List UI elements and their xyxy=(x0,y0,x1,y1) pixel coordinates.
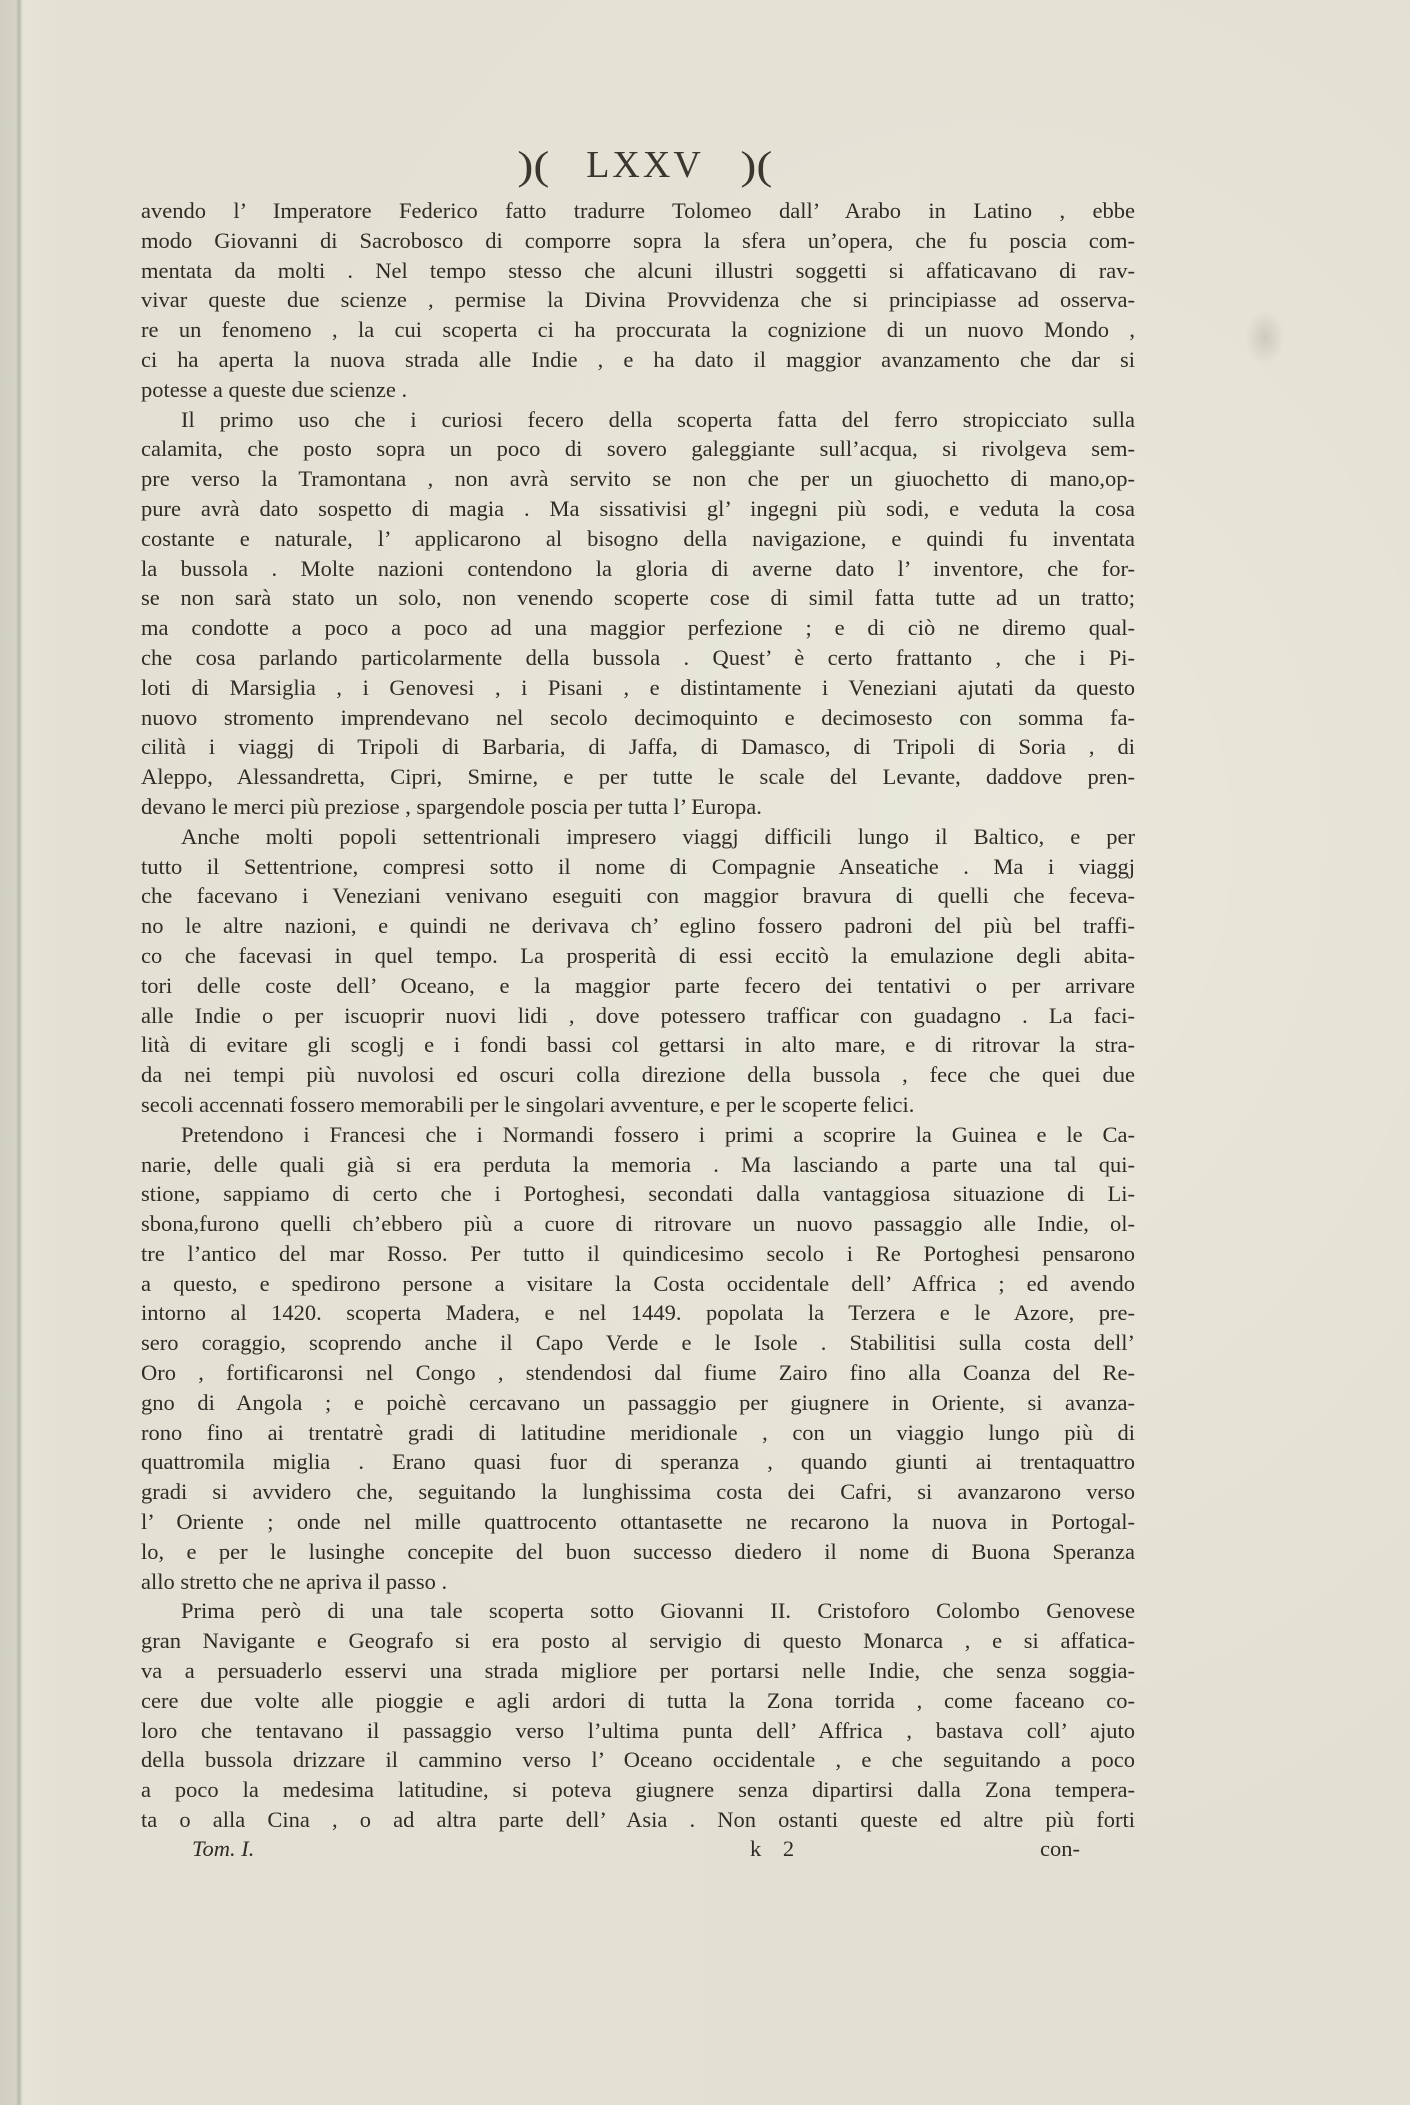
text-line: nuovo stromento imprendevano nel secolo … xyxy=(141,703,1135,733)
text-line: cere due volte alle pioggie e agli ardor… xyxy=(141,1686,1135,1716)
book-page: )( LXXV )( avendo l’ Imperatore Federico… xyxy=(0,0,1410,2105)
text-line: sbona,furono quelli ch’ebbero più a cuor… xyxy=(141,1209,1135,1239)
text-line: narie, delle quali già si era perduta la… xyxy=(141,1150,1135,1180)
text-line: che cosa parlando particolarmente della … xyxy=(141,643,1135,673)
text-line: secoli accennati fossero memorabili per … xyxy=(141,1090,1135,1120)
text-line: loti di Marsiglia , i Genovesi , i Pisan… xyxy=(141,673,1135,703)
text-line: devano le merci più preziose , spargendo… xyxy=(141,792,1135,822)
text-line: l’ Oriente ; onde nel mille quattrocento… xyxy=(141,1507,1135,1537)
text-line: loro che tentavano il passaggio verso l’… xyxy=(141,1716,1135,1746)
text-line: Prima però di una tale scoperta sotto Gi… xyxy=(141,1596,1135,1626)
signature-mark: k 2 xyxy=(750,1836,802,1862)
text-line: a questo, e spedirono persone a visitare… xyxy=(141,1269,1135,1299)
paper-stain xyxy=(1245,310,1285,365)
text-line: intorno al 1420. scoperta Madera, e nel … xyxy=(141,1298,1135,1328)
text-line: modo Giovanni di Sacrobosco di comporre … xyxy=(141,226,1135,256)
text-line: mentata da molti . Nel tempo stesso che … xyxy=(141,256,1135,286)
text-line: tutto il Settentrione, compresi sotto il… xyxy=(141,852,1135,882)
text-line: no le altre nazioni, e quindi ne derivav… xyxy=(141,911,1135,941)
text-line: gradi si avvidero che, seguitando la lun… xyxy=(141,1477,1135,1507)
text-line: re un fenomeno , la cui scoperta ci ha p… xyxy=(141,315,1135,345)
paragraph: Pretendono i Francesi che i Normandi fos… xyxy=(141,1120,1135,1597)
text-line: cilità i viaggj di Tripoli di Barbaria, … xyxy=(141,732,1135,762)
text-line: a poco la medesima latitudine, si poteva… xyxy=(141,1775,1135,1805)
text-line: lità di evitare gli scoglj e i fondi bas… xyxy=(141,1030,1135,1060)
left-ornament: )( xyxy=(517,142,549,189)
catchword: con- xyxy=(1040,1836,1080,1862)
text-line: alle Indie o per iscuoprir nuovi lidi , … xyxy=(141,1001,1135,1031)
paragraph: Il primo uso che i curiosi fecero della … xyxy=(141,405,1135,822)
text-line: la bussola . Molte nazioni contendono la… xyxy=(141,554,1135,584)
text-line: tre l’antico del mar Rosso. Per tutto il… xyxy=(141,1239,1135,1269)
text-line: Oro , fortificaronsi nel Congo , stenden… xyxy=(141,1358,1135,1388)
text-line: quattromila miglia . Erano quasi fuor di… xyxy=(141,1447,1135,1477)
text-line: allo stretto che ne apriva il passo . xyxy=(141,1567,1135,1597)
text-line: va a persuaderlo esservi una strada migl… xyxy=(141,1656,1135,1686)
page-footer: Tom. I. k 2 con- xyxy=(0,1836,1410,1866)
right-ornament: )( xyxy=(741,142,773,189)
text-line: gran Navigante e Geografo si era posto a… xyxy=(141,1626,1135,1656)
text-line: sero coraggio, scoprendo anche il Capo V… xyxy=(141,1328,1135,1358)
text-line: gno di Angola ; e poichè cercavano un pa… xyxy=(141,1388,1135,1418)
text-line: vivar queste due scienze , permise la Di… xyxy=(141,285,1135,315)
text-line: avendo l’ Imperatore Federico fatto trad… xyxy=(141,196,1135,226)
text-line: Pretendono i Francesi che i Normandi fos… xyxy=(141,1120,1135,1150)
text-line: costante e naturale, l’ applicarono al b… xyxy=(141,524,1135,554)
text-line: ci ha aperta la nuova strada alle Indie … xyxy=(141,345,1135,375)
paragraph: Prima però di una tale scoperta sotto Gi… xyxy=(141,1596,1135,1834)
text-line: che facevano i Veneziani venivano esegui… xyxy=(141,881,1135,911)
text-line: potesse a queste due scienze . xyxy=(141,375,1135,405)
text-line: rono fino ai trentatrè gradi di latitudi… xyxy=(141,1418,1135,1448)
paragraph: Anche molti popoli settentrionali impres… xyxy=(141,822,1135,1120)
running-head: )( LXXV )( xyxy=(520,140,770,190)
text-line: se non sarà stato un solo, non venendo s… xyxy=(141,583,1135,613)
text-line: pure avrà dato sospetto di magia . Ma si… xyxy=(141,494,1135,524)
page-number: LXXV xyxy=(586,143,704,187)
body-text: avendo l’ Imperatore Federico fatto trad… xyxy=(141,196,1135,1835)
text-line: Aleppo, Alessandretta, Cipri, Smirne, e … xyxy=(141,762,1135,792)
text-line: ma condotte a poco a poco ad una maggior… xyxy=(141,613,1135,643)
text-line: pre verso la Tramontana , non avrà servi… xyxy=(141,464,1135,494)
text-line: Anche molti popoli settentrionali impres… xyxy=(141,822,1135,852)
text-line: della bussola drizzare il cammino verso … xyxy=(141,1745,1135,1775)
volume-label: Tom. I. xyxy=(192,1836,254,1862)
text-line: calamita, che posto sopra un poco di sov… xyxy=(141,434,1135,464)
text-line: ta o alla Cina , o ad altra parte dell’ … xyxy=(141,1805,1135,1835)
paragraph: avendo l’ Imperatore Federico fatto trad… xyxy=(141,196,1135,405)
text-line: lo, e per le lusinghe concepite del buon… xyxy=(141,1537,1135,1567)
text-line: Il primo uso che i curiosi fecero della … xyxy=(141,405,1135,435)
text-line: stione, sappiamo di certo che i Portoghe… xyxy=(141,1179,1135,1209)
text-line: da nei tempi più nuvolosi ed oscuri coll… xyxy=(141,1060,1135,1090)
text-line: co che facevasi in quel tempo. La prospe… xyxy=(141,941,1135,971)
text-line: tori delle coste dell’ Oceano, e la magg… xyxy=(141,971,1135,1001)
